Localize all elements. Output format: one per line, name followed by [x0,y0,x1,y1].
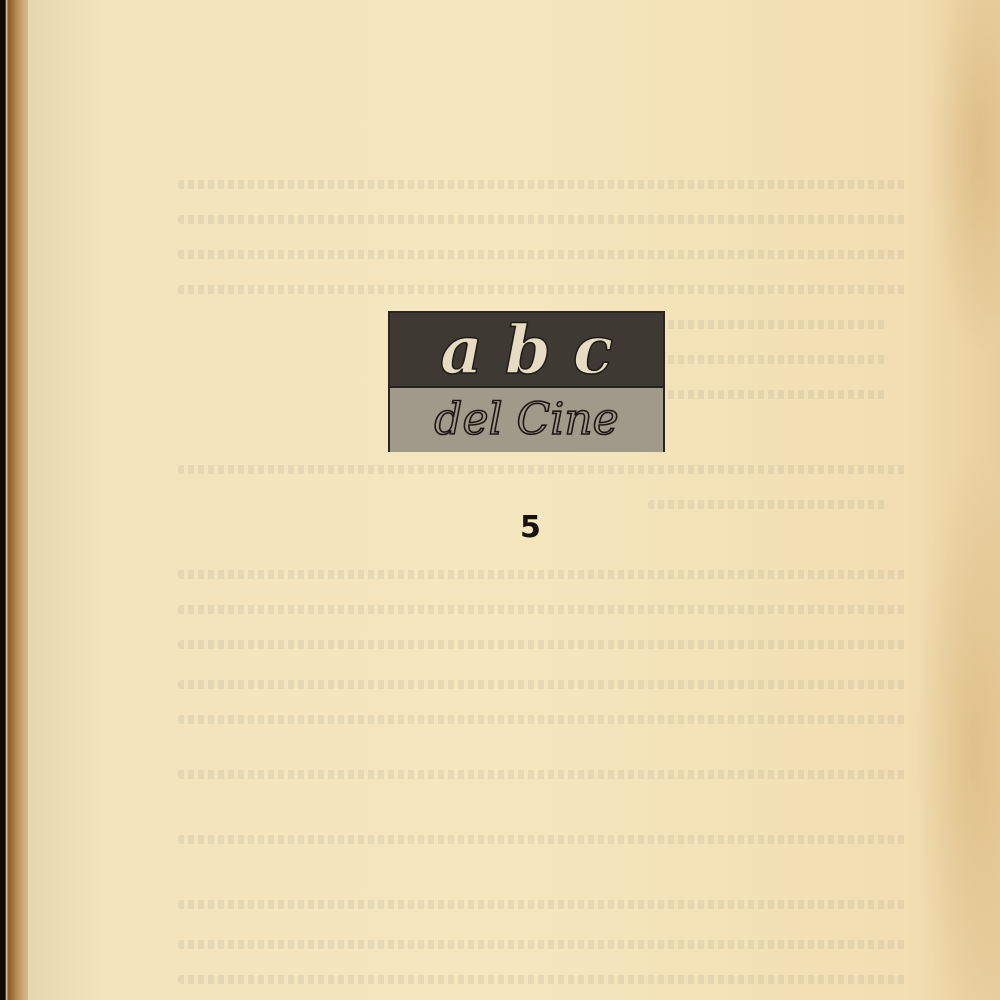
show-through-text [178,835,908,844]
show-through-text [178,715,908,724]
show-through-text [178,215,908,224]
show-through-text [178,770,908,779]
show-through-text [178,180,908,189]
show-through-text [178,570,908,579]
show-through-text [178,605,908,614]
show-through-text [178,640,908,649]
show-through-text [178,250,908,259]
logo-title: abc [440,317,635,383]
logo-top-band: abc [390,313,663,388]
book-spine-edge [0,0,30,1000]
abc-del-cine-logo: abc del Cine [388,311,665,452]
show-through-text [178,975,908,984]
show-through-text [178,900,908,909]
logo-subtitle: del Cine [434,398,618,442]
volume-number: 5 [520,510,541,545]
show-through-text [178,680,908,689]
logo-bottom-band: del Cine [390,388,663,452]
show-through-text [178,465,908,474]
show-through-text [178,940,908,949]
book-page [28,0,1000,1000]
show-through-text [648,500,888,509]
show-through-text [178,285,908,294]
